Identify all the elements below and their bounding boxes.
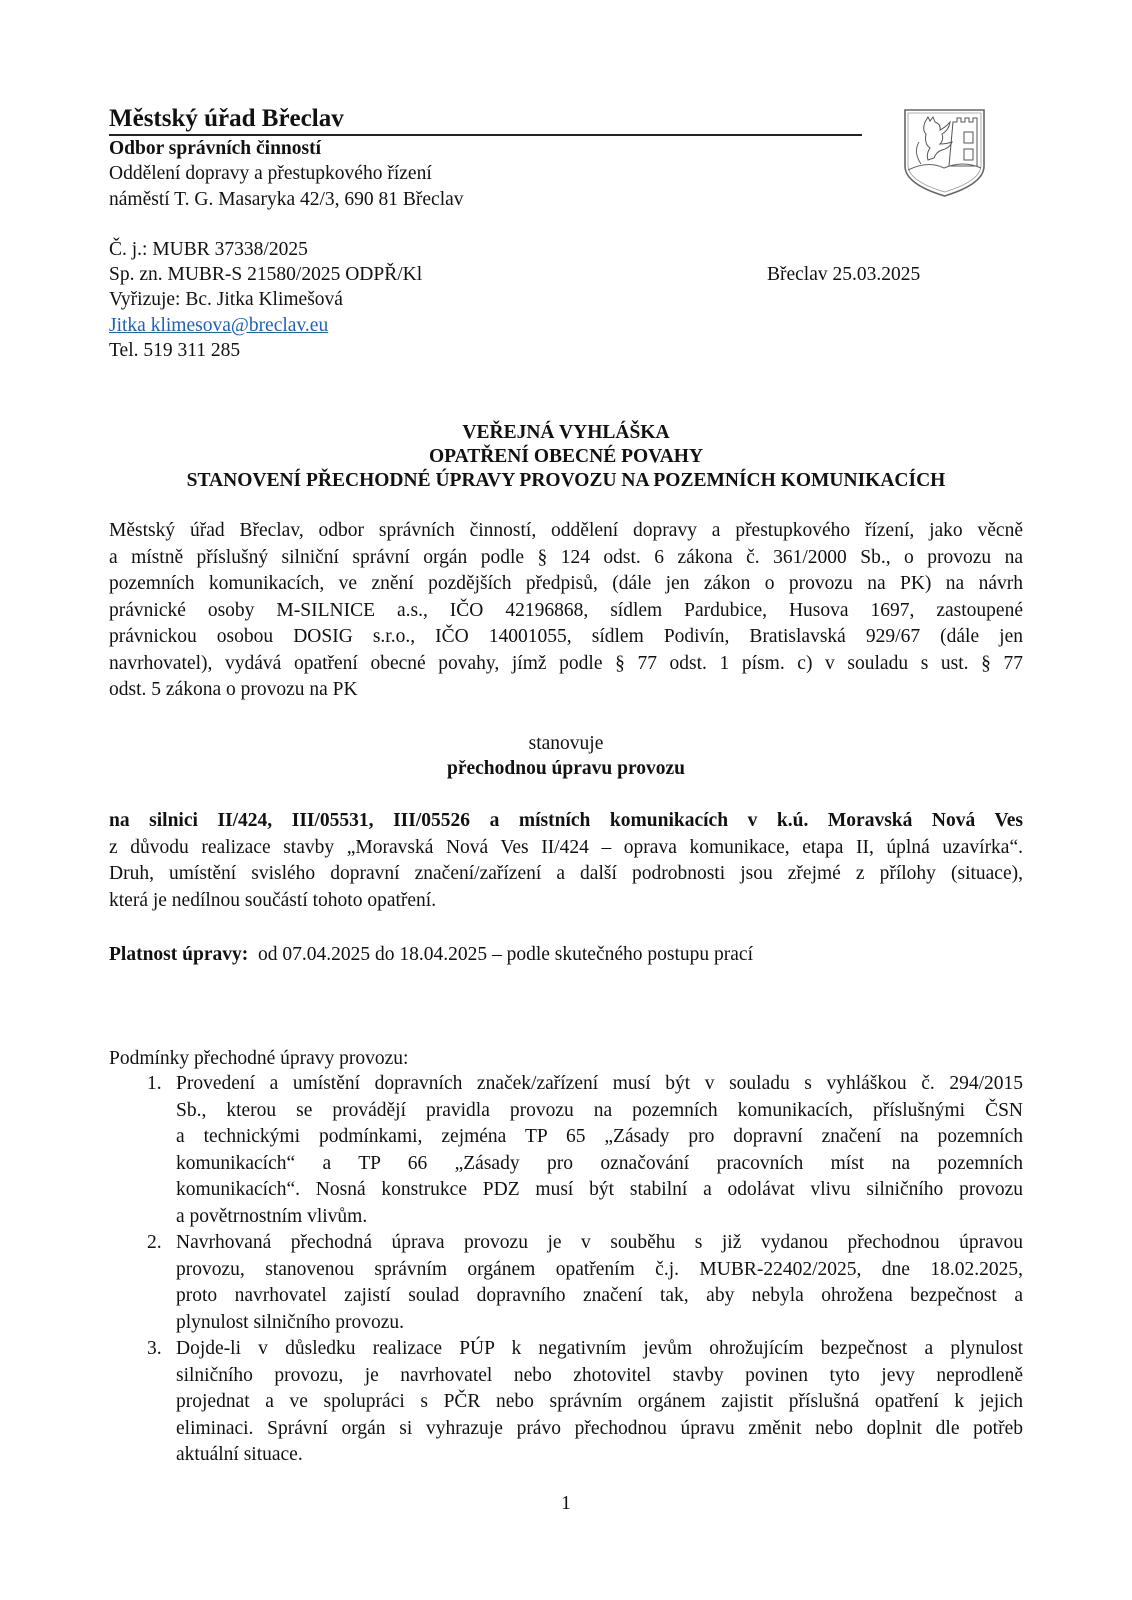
- condition-line: silničního provozu, je navrhovatel nebo …: [176, 1363, 1023, 1390]
- title-subject: STANOVENÍ PŘECHODNÉ ÚPRAVY PROVOZU NA PO…: [109, 468, 1023, 494]
- decision-subject: přechodnou úpravu provozu: [109, 756, 1023, 782]
- intro-line: odst. 5 zákona o provozu na PK: [109, 677, 1023, 704]
- intro-line: a místně příslušný silniční správní orgá…: [109, 545, 1023, 572]
- condition-number: 1.: [147, 1071, 162, 1098]
- condition-item: 3. Dojde-li v důsledku realizace PÚP k n…: [147, 1336, 1023, 1469]
- condition-line: plynulost silničního provozu.: [176, 1310, 1023, 1337]
- validity-label: Platnost úpravy:: [109, 944, 248, 965]
- page-number: 1: [0, 1493, 1132, 1515]
- condition-line: Navrhovaná přechodná úprava provozu je v…: [176, 1230, 1023, 1257]
- scope-line: z důvodu realizace stavby „Moravská Nová…: [109, 835, 1023, 862]
- scope-roads: na silnici II/424, III/05531, III/05526 …: [109, 808, 1023, 835]
- case-number: Č. j.: MUBR 37338/2025: [109, 237, 308, 263]
- validity-value: od 07.04.2025 do 18.04.2025 – podle skut…: [258, 944, 753, 965]
- intro-paragraph: Městský úřad Břeclav, odbor správních či…: [109, 518, 1023, 704]
- office-title: Městský úřad Břeclav: [109, 104, 344, 134]
- condition-item: 2. Navrhovaná přechodná úprava provozu j…: [147, 1230, 1023, 1336]
- condition-line: provozu, stanovenou správním orgánem opa…: [176, 1257, 1023, 1284]
- intro-line: navrhovatel), vydává opatření obecné pov…: [109, 651, 1023, 678]
- email-link[interactable]: Jitka klimesova@breclav.eu: [109, 313, 328, 339]
- intro-line: právnické osoby M-SILNICE a.s., IČO 4219…: [109, 598, 1023, 625]
- phone: Tel. 519 311 285: [109, 338, 240, 364]
- validity: Platnost úpravy: od 07.04.2025 do 18.04.…: [109, 942, 753, 968]
- condition-line: komunikacích“ a TP 66 „Zásady pro označo…: [176, 1151, 1023, 1178]
- city-coat-of-arms-icon: [903, 108, 986, 198]
- intro-line: pozemních komunikacích, ve znění pozdějš…: [109, 571, 1023, 598]
- condition-line: eliminaci. Správní orgán si vyhrazuje pr…: [176, 1416, 1023, 1443]
- scope-line: která je nedílnou součástí tohoto opatře…: [109, 888, 1023, 915]
- condition-line: proto navrhovatel zajistí soulad dopravn…: [176, 1283, 1023, 1310]
- condition-line: a technickými podmínkami, zejména TP 65 …: [176, 1124, 1023, 1151]
- intro-line: právnickou osobou DOSIG s.r.o., IČO 1400…: [109, 624, 1023, 651]
- condition-line: komunikacích“. Nosná konstrukce PDZ musí…: [176, 1177, 1023, 1204]
- conditions-heading: Podmínky přechodné úpravy provozu:: [109, 1046, 408, 1072]
- title-measure: OPATŘENÍ OBECNÉ POVAHY: [109, 444, 1023, 470]
- place-date: Břeclav 25.03.2025: [767, 262, 920, 288]
- condition-line: projednat a ve spolupráci s PČR nebo spr…: [176, 1389, 1023, 1416]
- condition-item: 1. Provedení a umístění dopravních znače…: [147, 1071, 1023, 1230]
- file-mark: Sp. zn. MUBR-S 21580/2025 ODPŘ/Kl: [109, 262, 422, 288]
- condition-line: aktuální situace.: [176, 1442, 1023, 1469]
- condition-line: a povětrnostním vlivům.: [176, 1204, 1023, 1231]
- address: náměstí T. G. Masaryka 42/3, 690 81 Břec…: [109, 187, 464, 213]
- condition-line: Sb., kterou se provádějí pravidla provoz…: [176, 1098, 1023, 1125]
- intro-line: Městský úřad Břeclav, odbor správních či…: [109, 518, 1023, 545]
- department: Odbor správních činností: [109, 136, 321, 162]
- decision-verb: stanovuje: [109, 731, 1023, 757]
- condition-line: Provedení a umístění dopravních značek/z…: [176, 1071, 1023, 1098]
- title-public-notice: VEŘEJNÁ VYHLÁŠKA: [109, 420, 1023, 446]
- scope-line: Druh, umístění svislého dopravní značení…: [109, 861, 1023, 888]
- division: Oddělení dopravy a přestupkového řízení: [109, 161, 432, 187]
- condition-number: 2.: [147, 1230, 162, 1257]
- condition-number: 3.: [147, 1336, 162, 1363]
- condition-line: Dojde-li v důsledku realizace PÚP k nega…: [176, 1336, 1023, 1363]
- handled-by: Vyřizuje: Bc. Jitka Klimešová: [109, 287, 343, 313]
- scope-paragraph: na silnici II/424, III/05531, III/05526 …: [109, 808, 1023, 914]
